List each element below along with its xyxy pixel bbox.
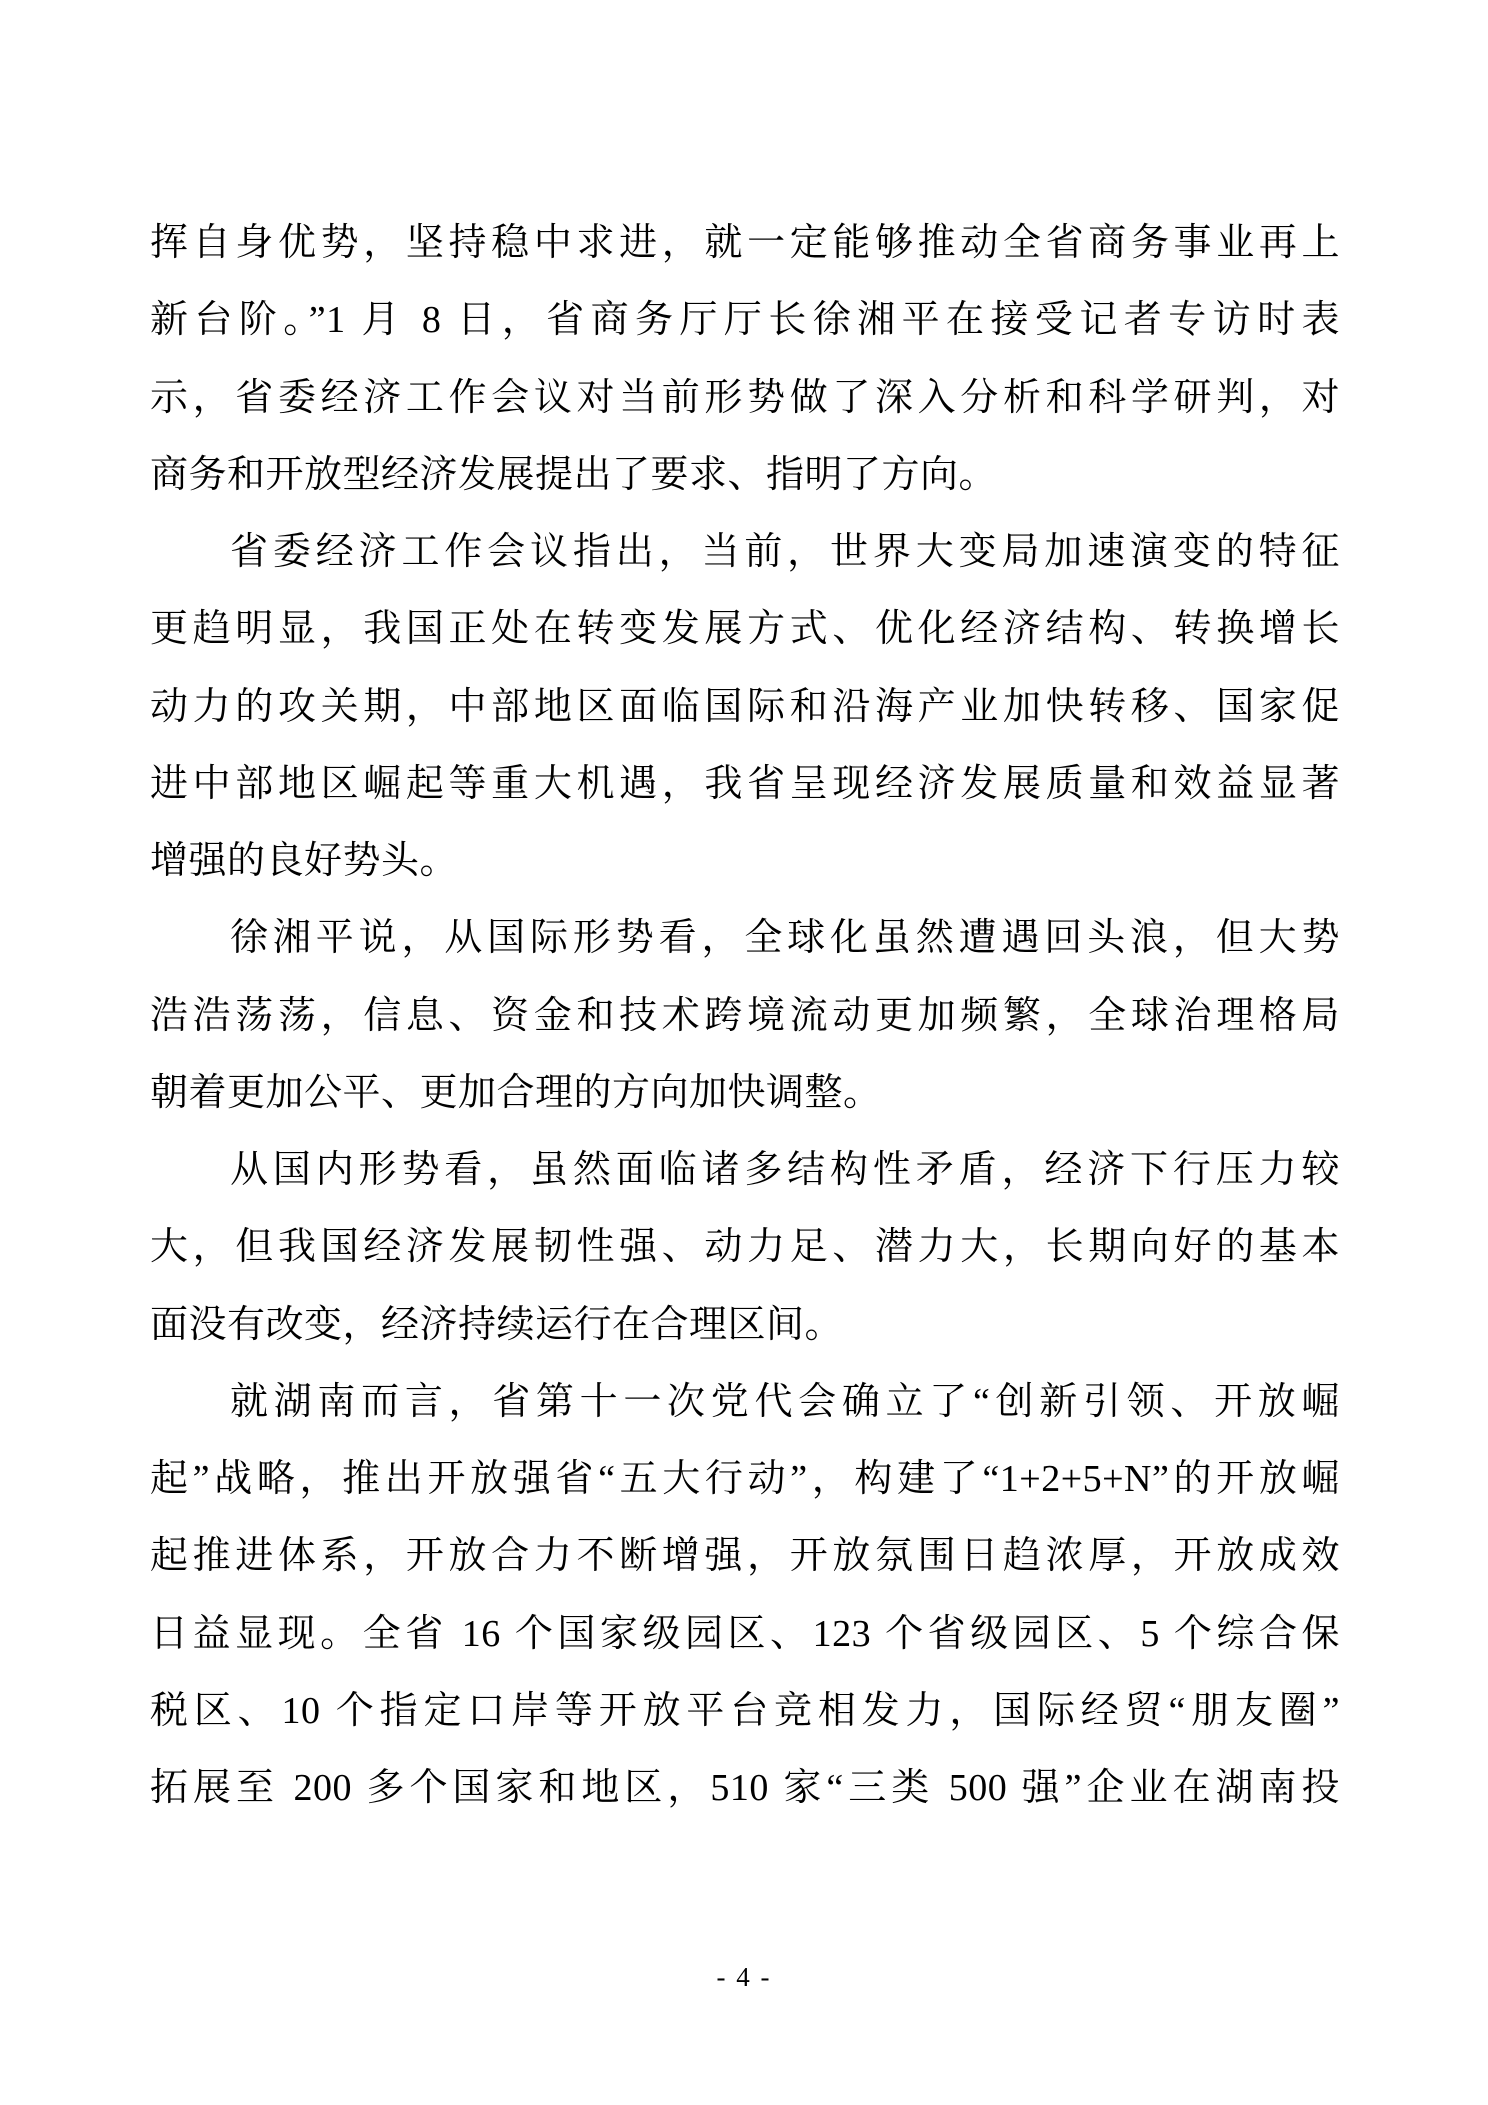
text-line: 起推进体系，开放合力不断增强，开放氛围日趋浓厚，开放成效	[150, 1518, 1340, 1595]
text-line: 挥自身优势，坚持稳中求进，就一定能够推动全省商务事业再上	[150, 205, 1340, 282]
text-line: 面没有改变，经济持续运行在合理区间。	[150, 1287, 1340, 1364]
text-line: 日益显现。全省 16 个国家级园区、123 个省级园区、5 个综合保	[150, 1596, 1340, 1673]
text-line: 起”战略，推出开放强省“五大行动”，构建了“1+2+5+N”的开放崛	[150, 1441, 1340, 1518]
text-line: 大，但我国经济发展韧性强、动力足、潜力大，长期向好的基本	[150, 1209, 1340, 1286]
text-line: 浩浩荡荡，信息、资金和技术跨境流动更加频繁，全球治理格局	[150, 978, 1340, 1055]
text-line: 更趋明显，我国正处在转变发展方式、优化经济结构、转换增长	[150, 591, 1340, 668]
text-line: 新台阶。”1 月 8 日，省商务厅厅长徐湘平在接受记者专访时表	[150, 282, 1340, 359]
text-line: 商务和开放型经济发展提出了要求、指明了方向。	[150, 437, 1340, 514]
text-line: 动力的攻关期，中部地区面临国际和沿海产业加快转移、国家促	[150, 669, 1340, 746]
text-line: 示，省委经济工作会议对当前形势做了深入分析和科学研判，对	[150, 360, 1340, 437]
text-line: 拓展至 200 多个国家和地区，510 家“三类 500 强”企业在湖南投	[150, 1750, 1340, 1827]
text-line: 税区、10 个指定口岸等开放平台竞相发力，国际经贸“朋友圈”	[150, 1673, 1340, 1750]
body-text: 挥自身优势，坚持稳中求进，就一定能够推动全省商务事业再上 新台阶。”1 月 8 …	[150, 205, 1340, 1827]
document-page: 挥自身优势，坚持稳中求进，就一定能够推动全省商务事业再上 新台阶。”1 月 8 …	[0, 0, 1488, 2105]
text-line: 朝着更加公平、更加合理的方向加快调整。	[150, 1055, 1340, 1132]
text-line: 省委经济工作会议指出，当前，世界大变局加速演变的特征	[150, 514, 1340, 591]
text-line: 增强的良好势头。	[150, 823, 1340, 900]
text-line: 徐湘平说，从国际形势看，全球化虽然遭遇回头浪，但大势	[150, 900, 1340, 977]
text-line: 从国内形势看，虽然面临诸多结构性矛盾，经济下行压力较	[150, 1132, 1340, 1209]
page-number: - 4 -	[0, 1962, 1488, 1993]
text-line: 就湖南而言，省第十一次党代会确立了“创新引领、开放崛	[150, 1364, 1340, 1441]
text-line: 进中部地区崛起等重大机遇，我省呈现经济发展质量和效益显著	[150, 746, 1340, 823]
